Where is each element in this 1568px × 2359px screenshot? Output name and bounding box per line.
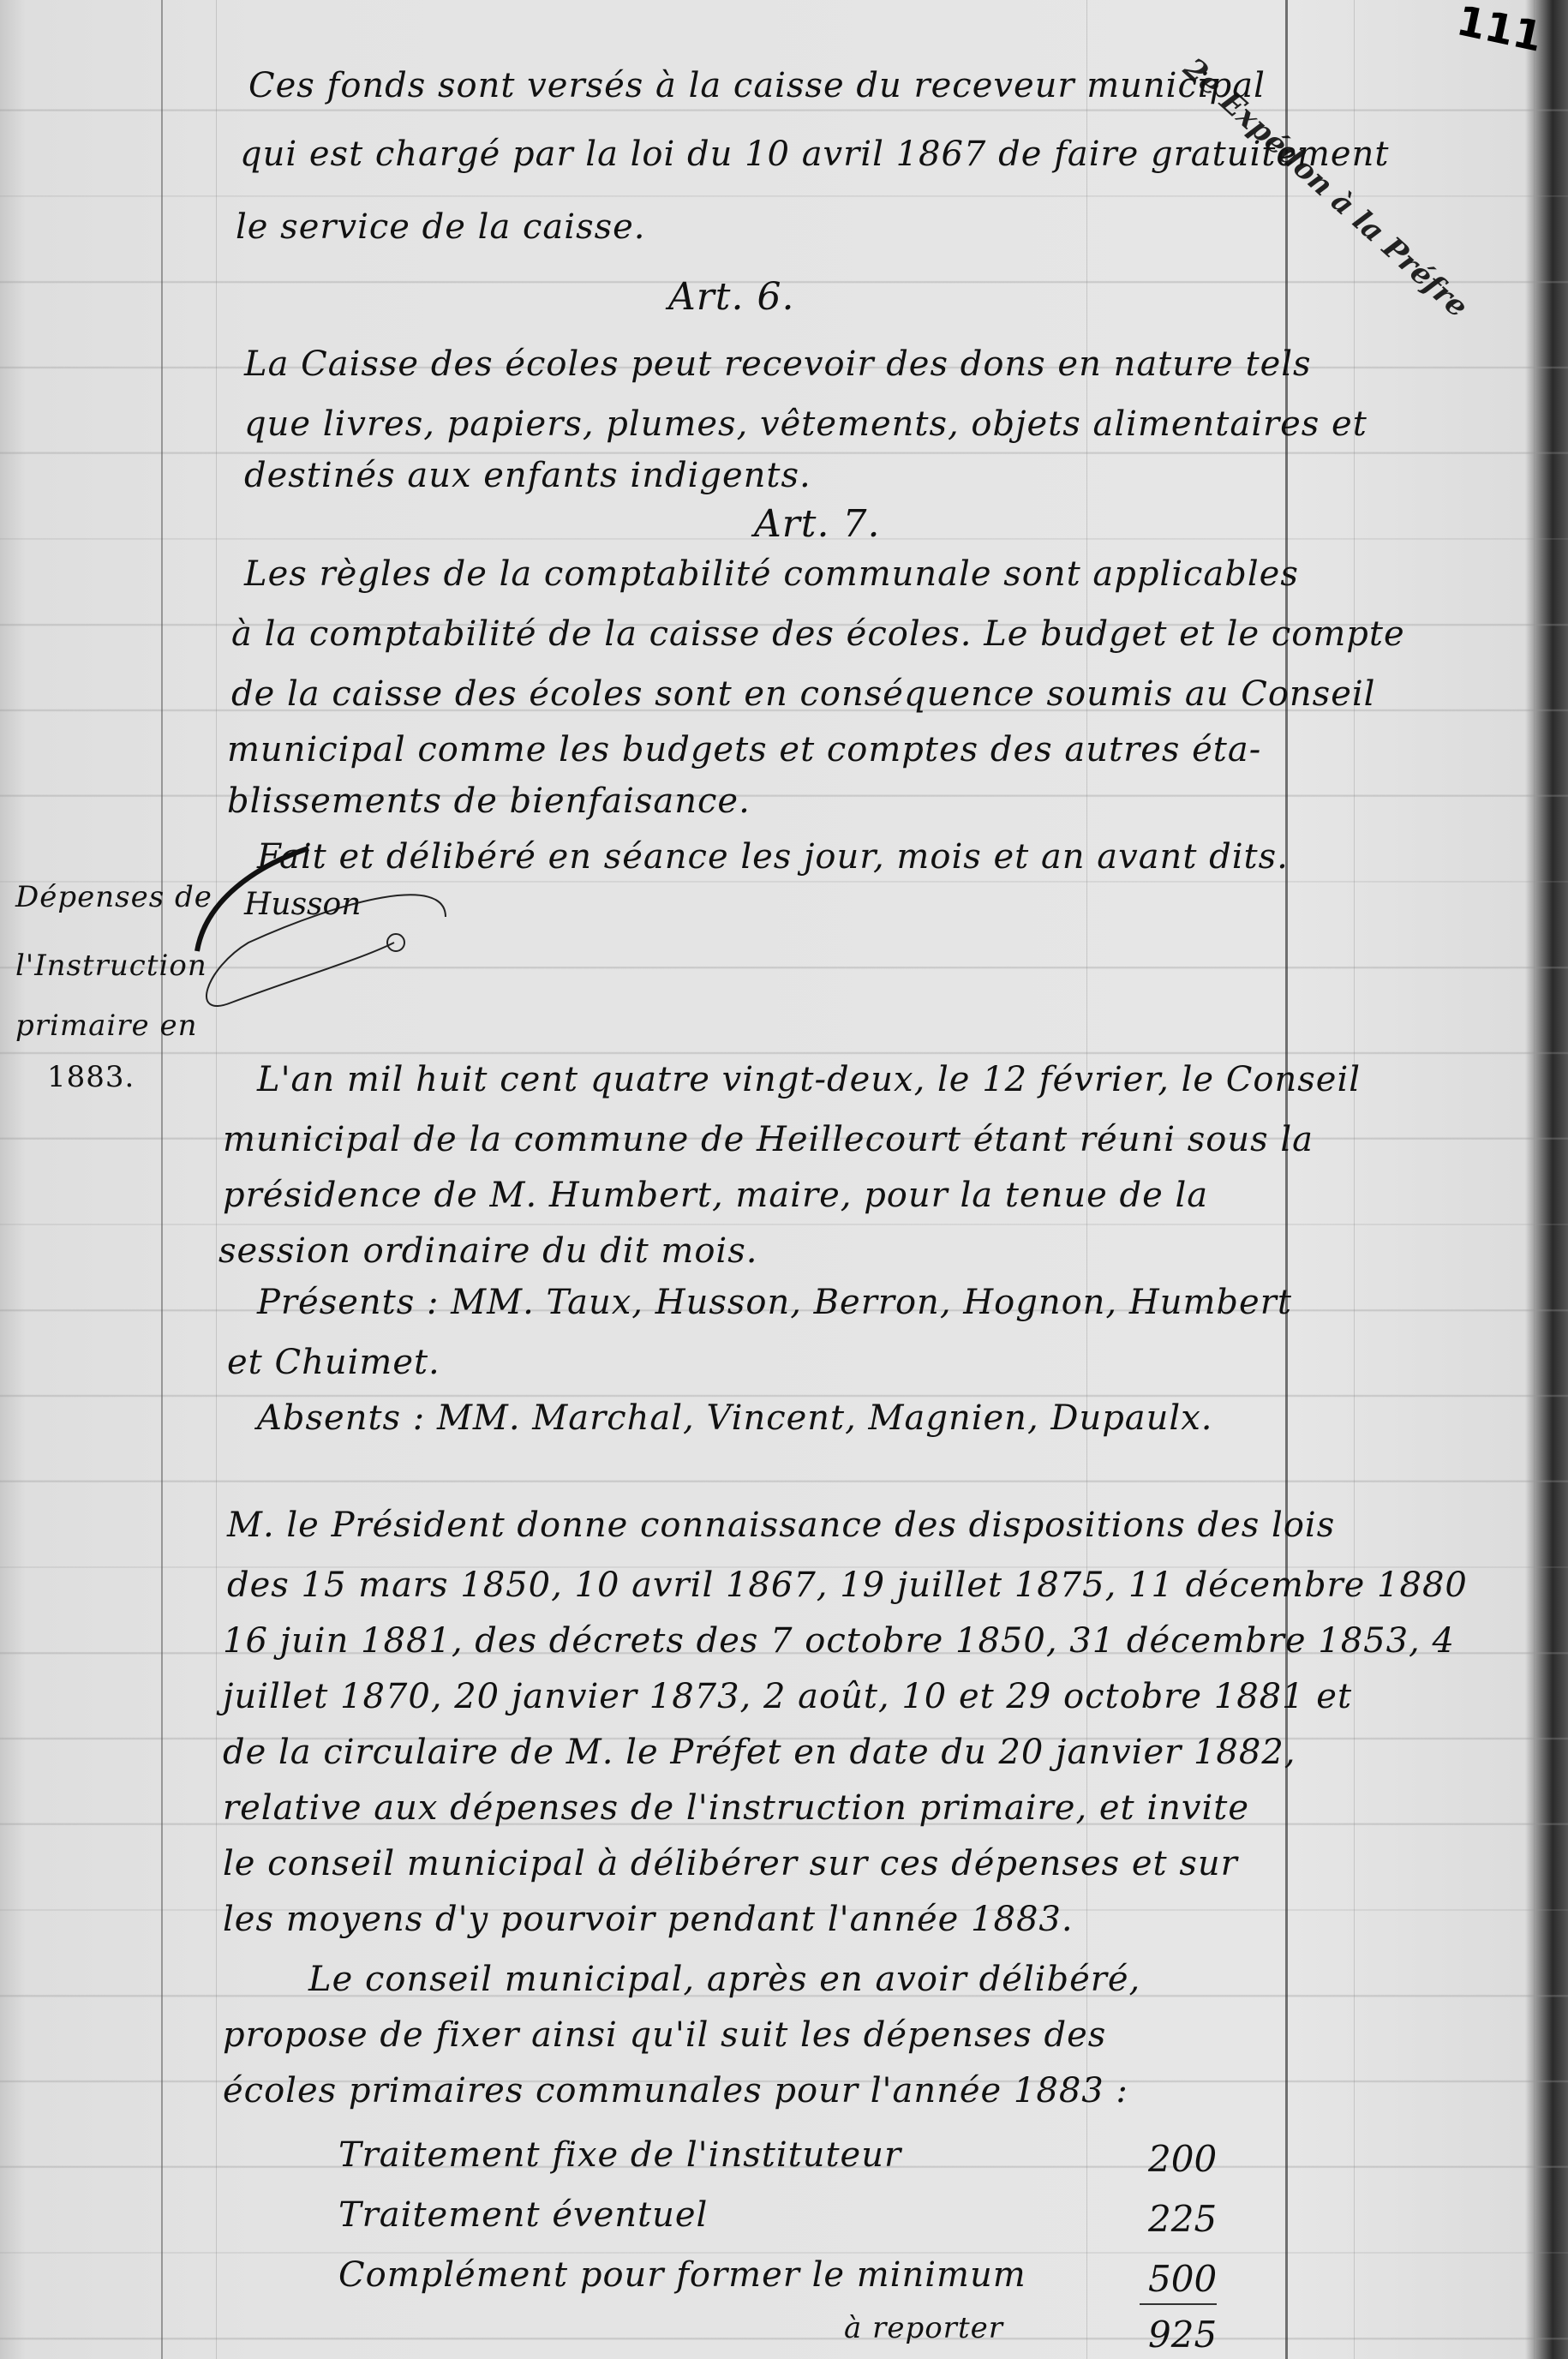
council-line: Le conseil municipal, après en avoir dél… bbox=[308, 1962, 1140, 1997]
intro-line: le service de la caisse. bbox=[236, 210, 646, 244]
expense-label: Traitement éventuel bbox=[338, 2198, 708, 2232]
expense-amount: 225 bbox=[1148, 2198, 1217, 2240]
absents-line: Absents : MM. Marchal, Vincent, Magnien,… bbox=[257, 1401, 1212, 1435]
session-line: session ordinaire du dit mois. bbox=[218, 1234, 757, 1268]
margin-rule bbox=[161, 0, 163, 2359]
council-line: propose de fixer ainsi qu'il suit les dé… bbox=[223, 2018, 1106, 2052]
column-rule-3 bbox=[1534, 0, 1535, 2359]
column-rule-2 bbox=[1354, 0, 1355, 2359]
article-6-line: La Caisse des écoles peut recevoir des d… bbox=[244, 347, 1312, 381]
margin-note-year: 1883. bbox=[47, 1063, 135, 1092]
article-7-line: de la caisse des écoles sont en conséque… bbox=[231, 677, 1375, 711]
article-6-heading: Art. 6. bbox=[668, 278, 794, 316]
subtotal-rule bbox=[1140, 2303, 1217, 2305]
signature: Husson bbox=[244, 887, 361, 922]
expense-label: Traitement fixe de l'instituteur bbox=[338, 2138, 901, 2172]
margin-note-line: primaire en bbox=[15, 1011, 197, 1040]
president-line: M. le Président donne connaissance des d… bbox=[227, 1508, 1335, 1542]
article-6-line: que livres, papiers, plumes, vêtements, … bbox=[244, 407, 1368, 441]
signature-flourish bbox=[171, 840, 497, 1028]
intro-line: Ces fonds sont versés à la caisse du rec… bbox=[248, 69, 1266, 103]
expense-label: Complément pour former le minimum bbox=[338, 2258, 1026, 2292]
expense-amount: 200 bbox=[1148, 2138, 1217, 2180]
expense-amount: 500 bbox=[1148, 2258, 1217, 2300]
intro-line: qui est chargé par la loi du 10 avril 18… bbox=[240, 137, 1389, 171]
article-7-line: à la comptabilité de la caisse des école… bbox=[231, 617, 1405, 651]
register-page: 111 2e Expédon à la Préfre Ces fonds son… bbox=[0, 0, 1568, 2359]
council-line: écoles primaires communales pour l'année… bbox=[223, 2074, 1128, 2108]
president-line: des 15 mars 1850, 10 avril 1867, 19 juil… bbox=[227, 1568, 1468, 1602]
article-7-line: Les règles de la comptabilité communale … bbox=[244, 557, 1299, 591]
article-6-line: destinés aux enfants indigents. bbox=[244, 458, 811, 493]
session-line: présidence de M. Humbert, maire, pour la… bbox=[223, 1178, 1208, 1212]
presents-line: et Chuimet. bbox=[227, 1345, 440, 1380]
carry-forward-amount: 925 bbox=[1148, 2314, 1217, 2356]
carry-forward-label: à reporter bbox=[844, 2314, 1003, 2343]
president-line: juillet 1870, 20 janvier 1873, 2 août, 1… bbox=[223, 1679, 1352, 1714]
president-line: relative aux dépenses de l'instruction p… bbox=[223, 1791, 1249, 1825]
margin-rule-inner bbox=[216, 0, 217, 2359]
president-line: le conseil municipal à délibérer sur ces… bbox=[223, 1847, 1238, 1881]
article-7-line: blissements de bienfaisance. bbox=[227, 784, 751, 818]
presents-line: Présents : MM. Taux, Husson, Berron, Hog… bbox=[257, 1285, 1292, 1320]
president-line: de la circulaire de M. le Préfet en date… bbox=[223, 1735, 1296, 1769]
margin-note-line: Dépenses de bbox=[15, 883, 212, 912]
session-line: municipal de la commune de Heillecourt é… bbox=[223, 1123, 1314, 1157]
article-7-line: municipal comme les budgets et comptes d… bbox=[227, 733, 1261, 767]
president-line: 16 juin 1881, des décrets des 7 octobre … bbox=[223, 1624, 1455, 1658]
margin-note-line: l'Instruction bbox=[15, 951, 207, 980]
article-7-heading: Art. 7. bbox=[754, 506, 880, 543]
session-line: L'an mil huit cent quatre vingt-deux, le… bbox=[257, 1063, 1361, 1097]
president-line: les moyens d'y pourvoir pendant l'année … bbox=[223, 1902, 1074, 1937]
